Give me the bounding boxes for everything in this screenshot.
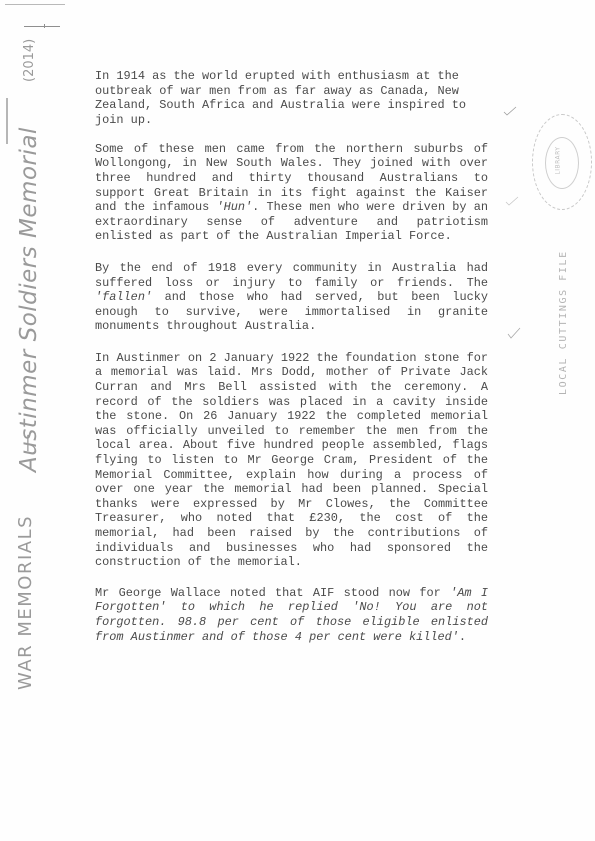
paragraph-1: In 1914 as the world erupted with enthus…: [95, 69, 488, 127]
scanned-page: (2014) Austinmer Soldiers Memorial — WAR…: [0, 0, 595, 841]
paragraph-4: In Austinmer on 2 January 1922 the found…: [95, 351, 488, 570]
local-cuttings-file-stamp: LOCAL CUTTINGS FILE: [558, 250, 569, 395]
pencil-stroke: [6, 98, 8, 144]
margin-year-note: (2014): [22, 39, 37, 82]
margin-series-note: WAR MEMORIALS: [15, 515, 36, 690]
scan-edge-line: [5, 4, 65, 5]
margin-dash: —: [17, 434, 38, 452]
library-stamp-label: LIBRARY: [555, 146, 562, 174]
paragraph-5: Mr George Wallace noted that AIF stood n…: [95, 586, 488, 644]
library-stamp-inner-ring: [545, 137, 579, 189]
check-icon: [505, 196, 519, 206]
handwritten-rule: [24, 26, 60, 27]
check-icon: [507, 327, 521, 337]
check-icon: [503, 106, 517, 116]
library-stamp: LIBRARY: [532, 114, 592, 210]
document-body: In 1914 as the world erupted with enthus…: [95, 69, 488, 644]
paragraph-3: By the end of 1918 every community in Au…: [95, 261, 488, 334]
margin-title-note: Austinmer Soldiers Memorial: [16, 127, 42, 472]
paragraph-2: Some of these men came from the northern…: [95, 142, 488, 244]
